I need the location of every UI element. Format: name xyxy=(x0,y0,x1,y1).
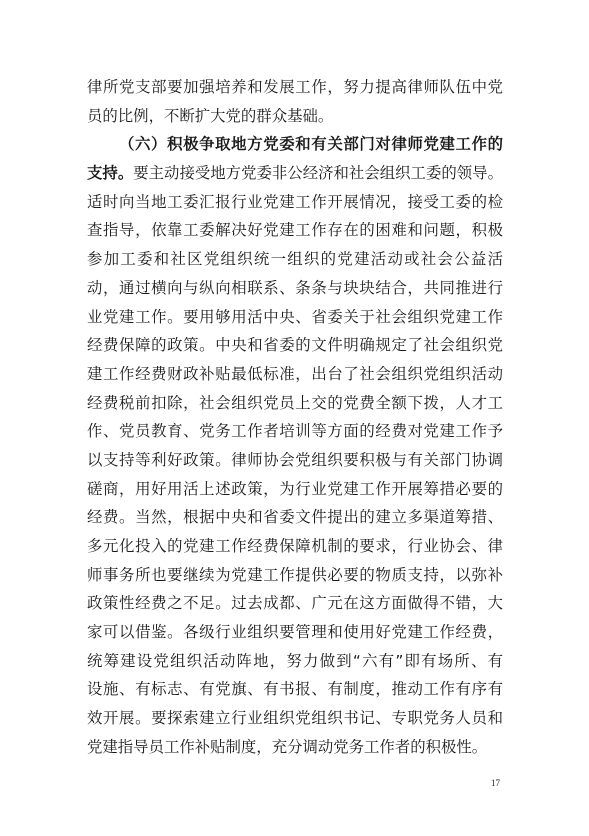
text-line: 党建指导员工作补贴制度，充分调动党务工作者的积极性。 xyxy=(87,733,503,762)
text-line-content: 要主动接受地方党委非公经济和社会组织工委的领导。 xyxy=(133,164,503,182)
text-line: 律所党支部要加强培养和发展工作，努力提高律师队伍中党 xyxy=(87,73,503,102)
text-line: 多元化投入的党建工作经费保障机制的要求，行业协会、律 xyxy=(87,532,503,561)
text-line: 政策性经费之不足。过去成都、广元在这方面做得不错，大 xyxy=(87,589,503,618)
text-line: 经费税前扣除，社会组织党员上交的党费全额下拨，人才工 xyxy=(87,389,503,418)
text-line: 效开展。要探索建立行业组织党组织书记、专职党务人员和 xyxy=(87,704,503,733)
text-line: 磋商，用好用活上述政策，为行业党建工作开展筹措必要的 xyxy=(87,475,503,504)
text-line: 参加工委和社区党组织统一组织的党建活动或社会公益活 xyxy=(87,245,503,274)
text-line: 经费。当然，根据中央和省委文件提出的建立多渠道筹措、 xyxy=(87,503,503,532)
text-line: 支持。要主动接受地方党委非公经济和社会组织工委的领导。 xyxy=(87,159,503,188)
text-line: 统筹建设党组织活动阵地，努力做到“六有”即有场所、有 xyxy=(87,647,503,676)
page-number: 17 xyxy=(491,778,500,788)
section-heading: （六）积极争取地方党委和有关部门对律师党建工作的 xyxy=(87,130,503,159)
text-line: 业党建工作。要用够用活中央、省委关于社会组织党建工作 xyxy=(87,303,503,332)
text-line: 查指导，依靠工委解决好党建工作存在的困难和问题，积极 xyxy=(87,216,503,245)
text-line: 动，通过横向与纵向相联系、条条与块块结合，共同推进行 xyxy=(87,274,503,303)
text-line: 经费保障的政策。中央和省委的文件明确规定了社会组织党 xyxy=(87,331,503,360)
text-line: 适时向当地工委汇报行业党建工作开展情况，接受工委的检 xyxy=(87,188,503,217)
text-line: 员的比例，不断扩大党的群众基础。 xyxy=(87,102,503,131)
text-line: 以支持等利好政策。律师协会党组织要积极与有关部门协调 xyxy=(87,446,503,475)
text-line: 师事务所也要继续为党建工作提供必要的物质支持，以弥补 xyxy=(87,561,503,590)
document-page: 律所党支部要加强培养和发展工作，努力提高律师队伍中党 员的比例，不断扩大党的群众… xyxy=(0,0,589,836)
text-line: 家可以借鉴。各级行业组织要管理和使用好党建工作经费， xyxy=(87,618,503,647)
section-heading-end: 支持。 xyxy=(87,164,133,182)
body-text: 律所党支部要加强培养和发展工作，努力提高律师队伍中党 员的比例，不断扩大党的群众… xyxy=(87,73,503,762)
text-line: 作、党员教育、党务工作者培训等方面的经费对党建工作予 xyxy=(87,417,503,446)
text-line: 设施、有标志、有党旗、有书报、有制度，推动工作有序有 xyxy=(87,675,503,704)
text-line: 建工作经费财政补贴最低标准，出台了社会组织党组织活动 xyxy=(87,360,503,389)
